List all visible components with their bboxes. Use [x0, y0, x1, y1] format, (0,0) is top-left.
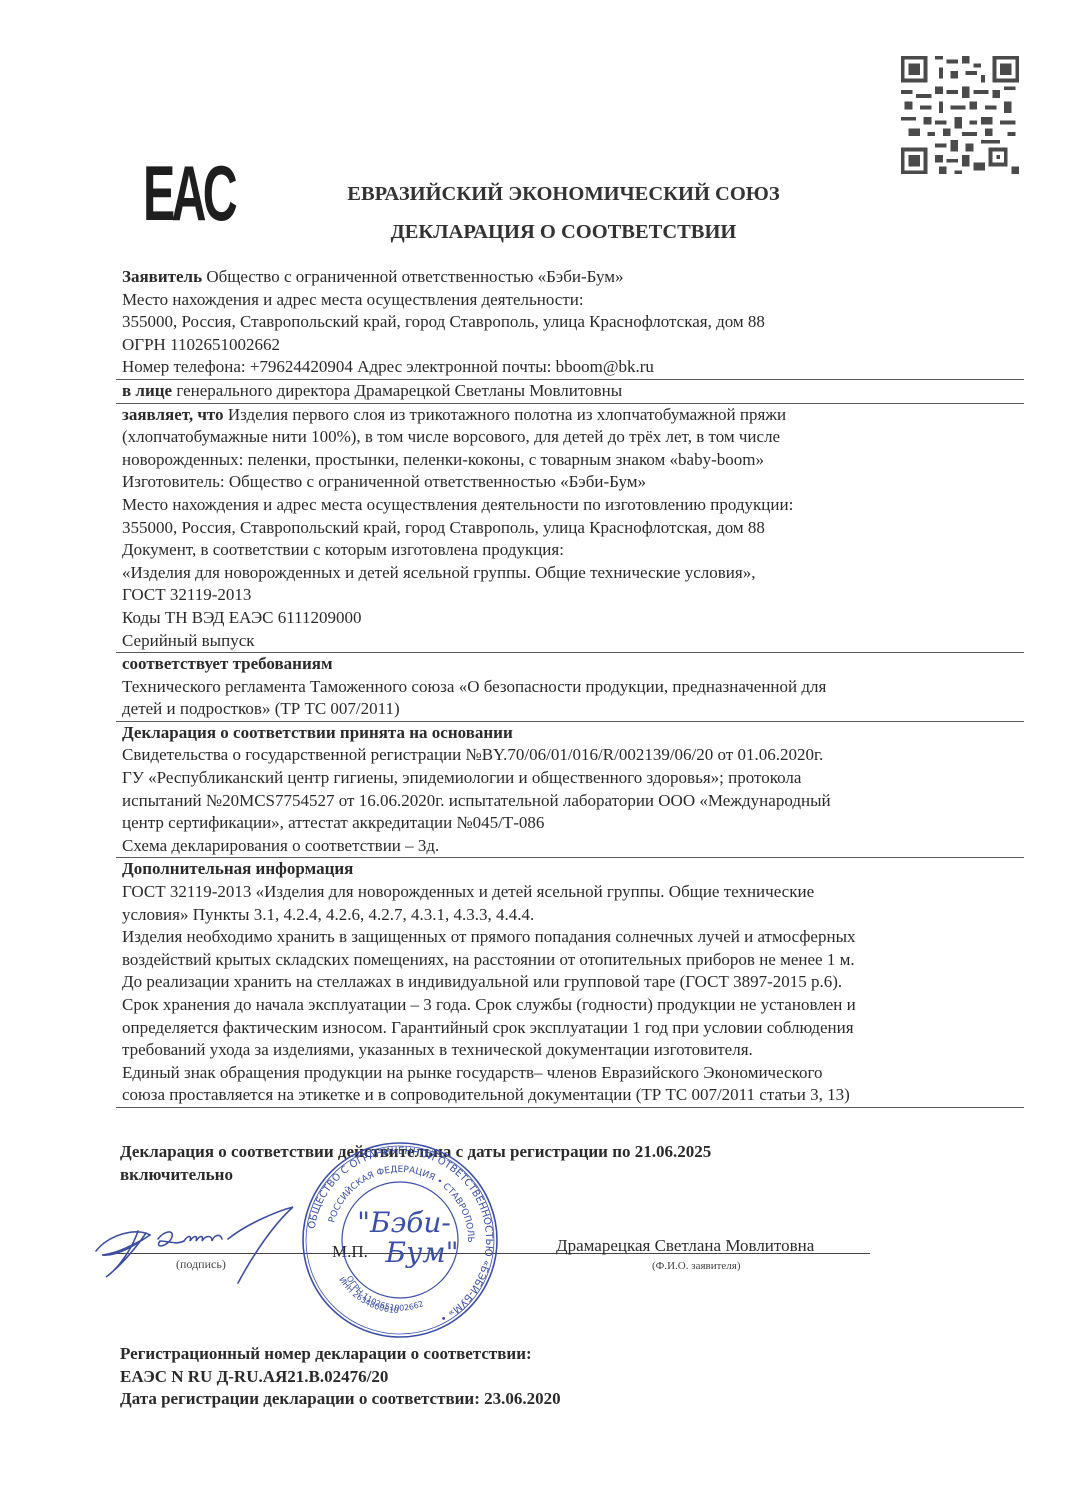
standard-label: Документ, в соответствии с которым изгот…	[122, 539, 1022, 562]
conforms-text: детей и подростков» (ТР ТС 007/2011)	[122, 698, 1022, 721]
standard-title: «Изделия для новорожденных и детей ясель…	[122, 562, 1022, 585]
additional-text: Срок хранения до начала эксплуатации – 3…	[122, 994, 1022, 1017]
representative-name: генерального директора Драмарецкой Светл…	[172, 381, 622, 400]
stamp-center-text: Бум"	[385, 1236, 459, 1269]
qr-code-icon	[894, 52, 1026, 178]
additional-text: Единый знак обращения продукции на рынке…	[122, 1062, 1022, 1085]
basis-text: ГУ «Республиканский центр гигиены, эпиде…	[122, 767, 1022, 790]
declares-line: заявляет, что Изделия первого слоя из тр…	[122, 404, 1022, 427]
basis-text: центр сертификации», аттестат аккредитац…	[122, 812, 1022, 835]
additional-text: условия» Пункты 3.1, 4.2.4, 4.2.6, 4.2.7…	[122, 904, 1022, 927]
declaration-body: Заявитель Общество с ограниченной ответс…	[122, 266, 1022, 1108]
applicant-line: Заявитель Общество с ограниченной ответс…	[122, 266, 1022, 289]
additional-text: воздействий крытых складских помещениях,…	[122, 949, 1022, 972]
registration-date: Дата регистрации декларации о соответств…	[120, 1388, 561, 1411]
applicant-name: Общество с ограниченной ответственностью…	[202, 267, 623, 286]
conforms-label: соответствует требованиям	[122, 653, 1022, 676]
registration-number: ЕАЭС N RU Д-RU.АЯ21.В.02476/20	[120, 1366, 561, 1389]
additional-text: союза проставляется на этикетке и в сопр…	[122, 1084, 1022, 1107]
additional-text: До реализации хранить на стеллажах в инд…	[122, 971, 1022, 994]
conforms-text: Технического регламента Таможенного союз…	[122, 676, 1022, 699]
production-type: Серийный выпуск	[122, 630, 1022, 653]
stamp-center-text: "Бэби-	[357, 1206, 451, 1239]
applicant-address: 355000, Россия, Ставропольский край, гор…	[122, 311, 1022, 334]
manufacturer-address-label: Место нахождения и адрес места осуществл…	[122, 494, 1022, 517]
representative-line: в лице генерального директора Драмарецко…	[122, 380, 1022, 403]
basis-text: испытаний №20MCS7754527 от 16.06.2020г. …	[122, 790, 1022, 813]
applicant-contacts: Номер телефона: +79624420904 Адрес элект…	[122, 356, 1022, 379]
basis-label: Декларация о соответствии принята на осн…	[122, 722, 1022, 745]
company-seal-icon: ОБЩЕСТВО С ОГРАНИЧЕННОЙ ОТВЕТСТВЕННОСТЬЮ…	[300, 1140, 500, 1340]
manufacturer-address: 355000, Россия, Ставропольский край, гор…	[122, 517, 1022, 540]
basis-scheme: Схема декларирования о соответствии – 3д…	[122, 835, 1022, 858]
svg-text:ОГРН 1102651002662: ОГРН 1102651002662	[345, 1274, 425, 1312]
additional-text: Изделия необходимо хранить в защищенных …	[122, 926, 1022, 949]
applicant-ogrn: ОГРН 1102651002662	[122, 334, 1022, 357]
additional-label: Дополнительная информация	[122, 858, 1022, 881]
tnved-codes: Коды ТН ВЭД ЕАЭС 6111209000	[122, 607, 1022, 630]
declares-text: (хлопчатобумажные нити 100%), в том числ…	[122, 426, 1022, 449]
declares-label: заявляет, что	[122, 405, 224, 424]
registration-number-label: Регистрационный номер декларации о соотв…	[120, 1343, 561, 1366]
registration-block: Регистрационный номер декларации о соотв…	[120, 1343, 561, 1411]
additional-text: определяется фактическим износом. Гарант…	[122, 1017, 1022, 1040]
applicant-label: Заявитель	[122, 267, 202, 286]
union-heading: ЕВРАЗИЙСКИЙ ЭКОНОМИЧЕСКИЙ СОЮЗ	[0, 183, 1065, 206]
additional-text: требований ухода за изделиями, указанных…	[122, 1039, 1022, 1062]
manufacturer: Изготовитель: Общество с ограниченной от…	[122, 471, 1022, 494]
standard-code: ГОСТ 32119-2013	[122, 584, 1022, 607]
applicant-address-label: Место нахождения и адрес места осуществл…	[122, 289, 1022, 312]
basis-text: Свидетельства о государственной регистра…	[122, 744, 1022, 767]
document-title: ДЕКЛАРАЦИЯ О СООТВЕТСТВИИ	[0, 221, 1065, 244]
additional-text: ГОСТ 32119-2013 «Изделия для новорожденн…	[122, 881, 1022, 904]
declares-text: новорожденных: пеленки, простынки, пелен…	[122, 449, 1022, 472]
signer-name: Драмарецкая Светлана Мовлитовна	[556, 1236, 814, 1256]
divider	[116, 1107, 1024, 1108]
handwritten-signature-icon	[88, 1205, 318, 1285]
representative-label: в лице	[122, 381, 172, 400]
signer-name-caption: (Ф.И.О. заявителя)	[652, 1260, 741, 1272]
